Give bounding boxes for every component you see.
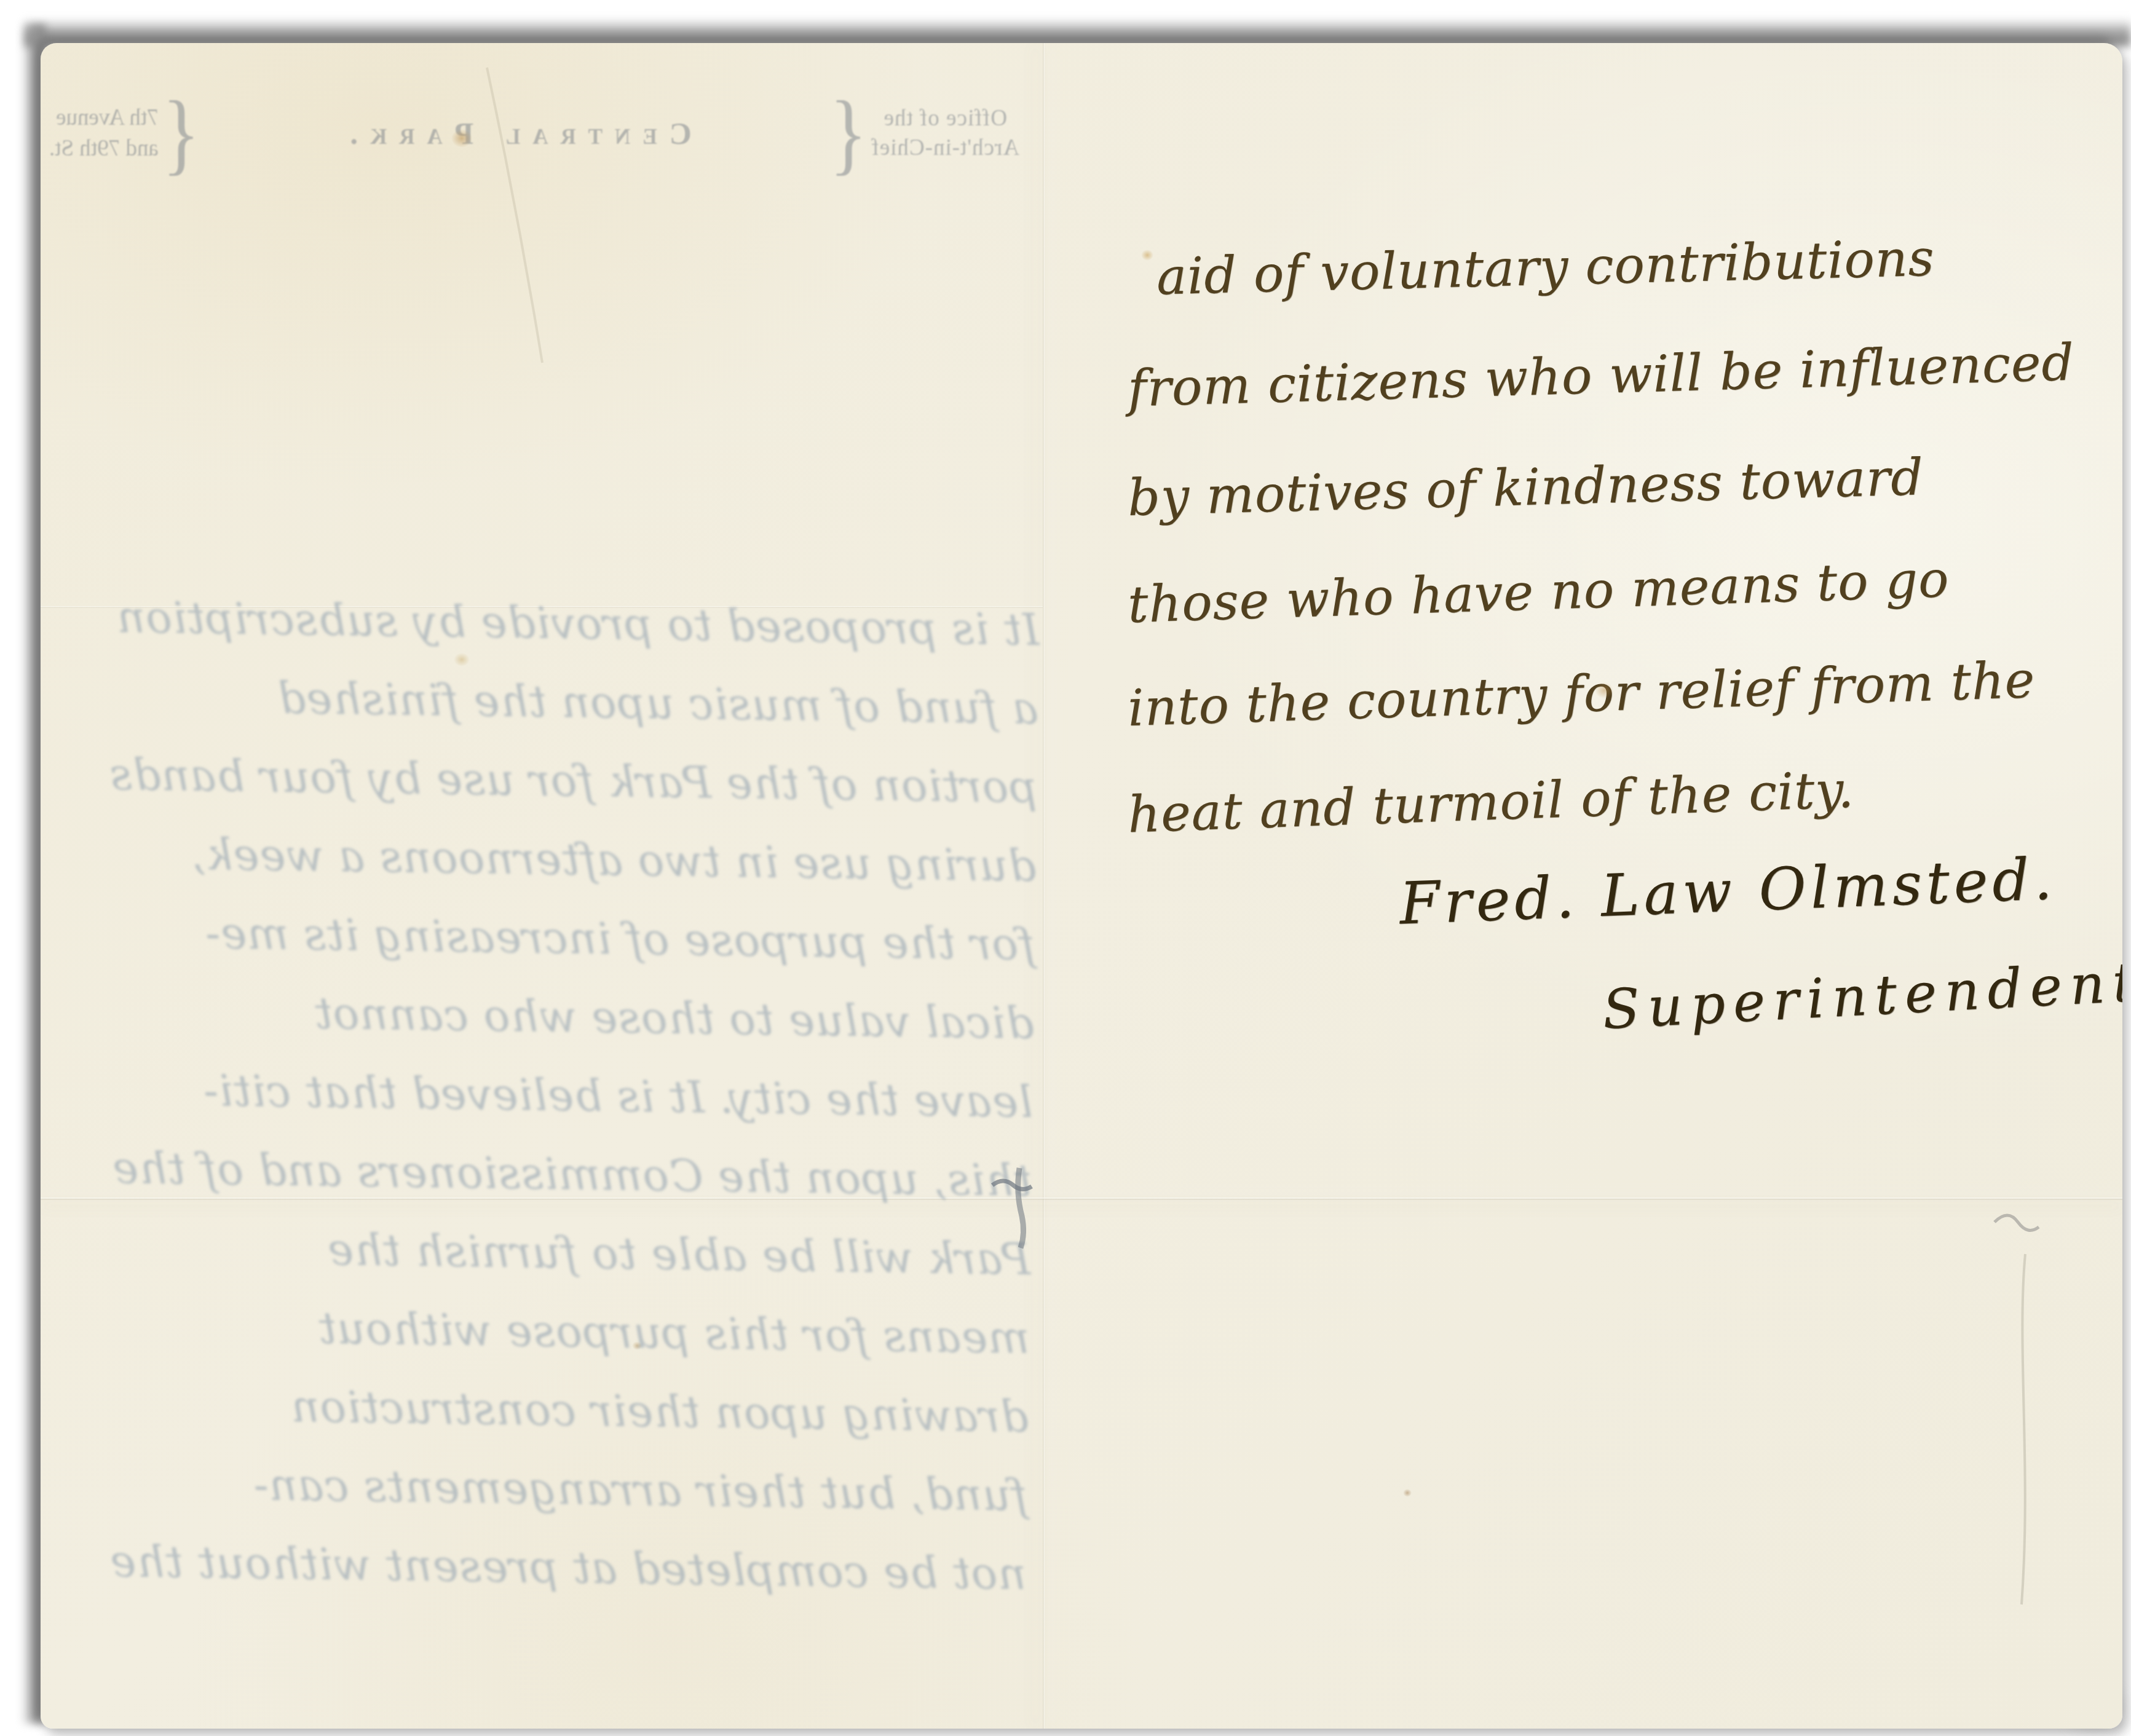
handwritten-line: by motives of kindness toward <box>1127 448 1924 527</box>
letterhead-office-block: Office of the Arch't-in-Chief { <box>826 100 1019 167</box>
bleedthrough-line: not be completed at present without the <box>49 1521 1027 1614</box>
letterhead-office-brace: { <box>829 95 867 173</box>
bleedthrough-line: drawing upon their construction <box>52 1364 1029 1456</box>
letterhead-org-name: Central Park. <box>338 116 691 151</box>
letterhead-address-line1: 7th Avenue <box>49 103 159 133</box>
stain-spot <box>1141 250 1153 261</box>
bleedthrough-line: leave the city. It is believed that citi… <box>56 1049 1034 1142</box>
letterhead-office-line2: Arch't-in-Chief <box>871 133 1019 163</box>
vertical-fold-crease <box>1043 43 1045 1729</box>
handwritten-line: heat and turmoil of the city. <box>1127 760 1855 844</box>
bleedthrough-line: portion of the Park for use by four band… <box>60 735 1038 827</box>
bleedthrough-line: Park will be able to furnish the <box>54 1207 1032 1299</box>
bleedthrough-line: means for this purpose without <box>53 1285 1030 1378</box>
bleedthrough-line: for the purpose of increasing its me- <box>58 892 1036 984</box>
stain-spot <box>454 653 470 666</box>
stain-spot <box>632 1341 642 1350</box>
bleedthrough-line: a fund of music upon the finished <box>61 656 1039 748</box>
letterhead-office-line1: Office of the <box>871 104 1019 133</box>
signature: Fred. Law Olmsted. <box>1398 846 2057 938</box>
bleedthrough-line: It is proposed to provide by subscriptio… <box>63 577 1040 669</box>
handwritten-line: into the country for relief from the <box>1127 651 2036 738</box>
letterhead-address-line2: and 79th St. <box>49 133 159 164</box>
stain-spot <box>1403 1489 1412 1497</box>
handwritten-line: those who have no means to go <box>1127 550 1950 634</box>
handwritten-line: from citizens who will be influenced <box>1127 334 2075 419</box>
scanned-letter: Office of the Arch't-in-Chief { Central … <box>0 0 2131 1736</box>
letterhead-address-brace: { <box>162 95 200 173</box>
bleedthrough-line: dical value to those who cannot <box>57 971 1035 1063</box>
letterhead-address-block: { 7th Avenue and 79th St. <box>49 100 204 167</box>
stain-spot <box>451 129 472 148</box>
handwritten-line: aid of voluntary contributions <box>1156 229 1935 307</box>
handwriting-bleedthrough: It is proposed to provide by subscriptio… <box>49 577 1040 1614</box>
bleedthrough-line: fund, but their arrangements can- <box>50 1443 1028 1535</box>
stain-spot <box>1595 682 1613 698</box>
signature-title: Superintendent <box>1601 950 2122 1041</box>
letter-sheet: Office of the Arch't-in-Chief { Central … <box>41 43 2122 1729</box>
bleedthrough-line: during use in two afternoons a week, <box>60 813 1037 905</box>
bleedthrough-line: this, upon the Commissioners and of the <box>55 1128 1032 1220</box>
letterhead-bleedthrough: Office of the Arch't-in-Chief { Central … <box>49 91 1019 220</box>
